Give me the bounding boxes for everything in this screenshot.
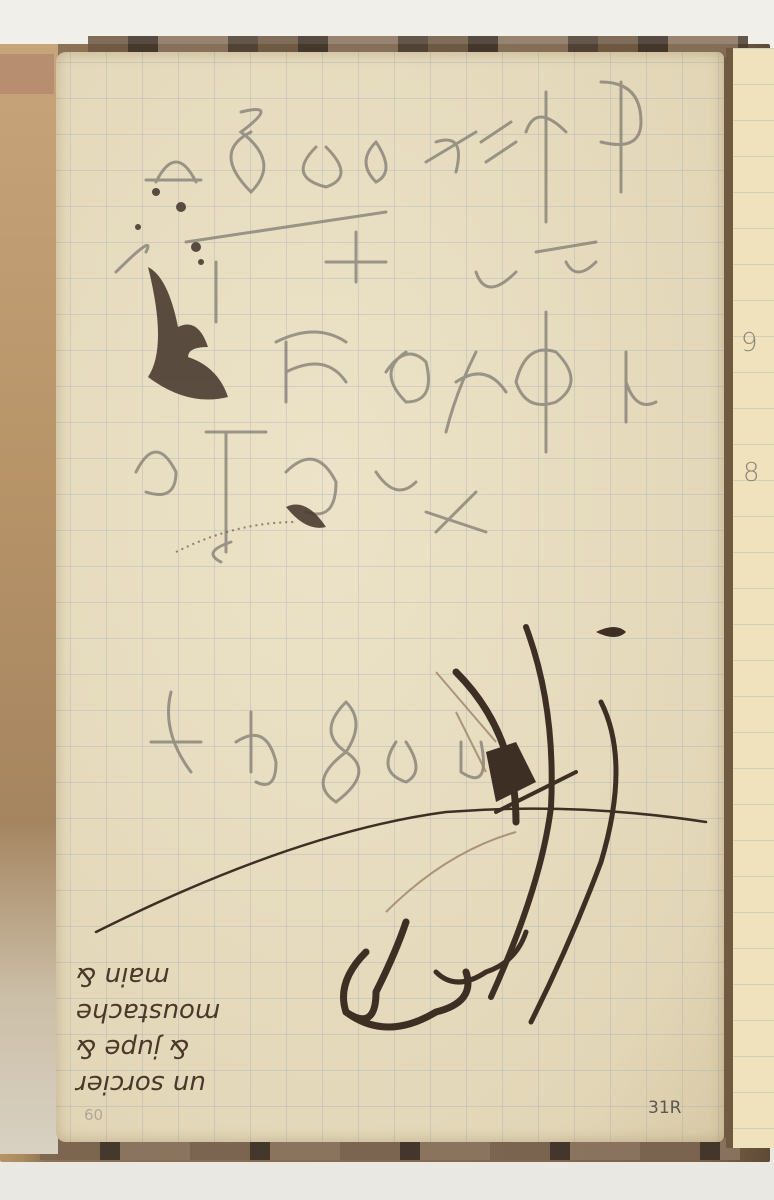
folio-label: 31R	[648, 1098, 681, 1118]
facing-page: 9 8	[726, 48, 774, 1148]
notebook-page: un sorcier & jupe & moustache main & 31R…	[56, 52, 724, 1142]
facing-mark-1: 9	[741, 328, 758, 358]
caption-line-4: main &	[76, 958, 376, 994]
corner-number: 60	[84, 1106, 103, 1124]
ink-caption: un sorcier & jupe & moustache main &	[76, 958, 376, 1102]
caption-line-2: & jupe &	[76, 1030, 376, 1066]
notebook-spine	[0, 44, 58, 1154]
caption-line-3: moustache	[76, 994, 376, 1030]
caption-line-1: un sorcier	[76, 1066, 376, 1102]
spine-band	[0, 54, 54, 94]
facing-mark-2: 8	[743, 458, 760, 488]
